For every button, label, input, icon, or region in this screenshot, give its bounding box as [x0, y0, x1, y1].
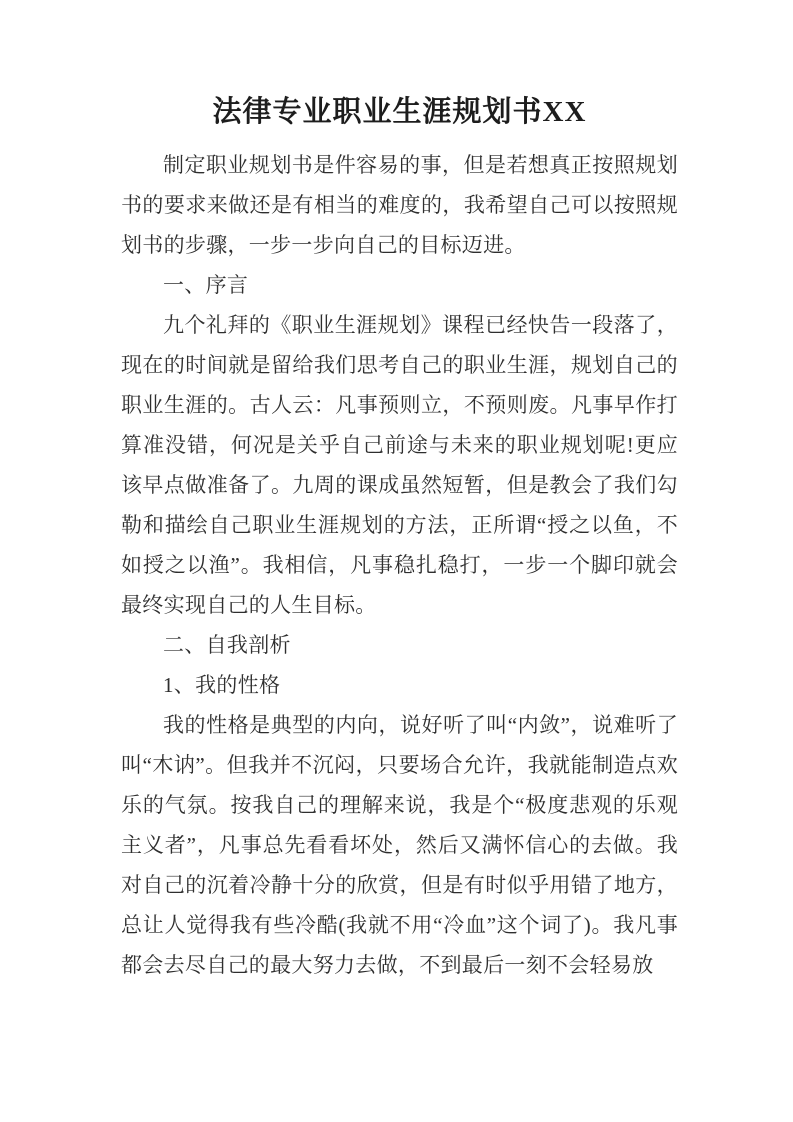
document-title: 法律专业职业生涯规划书XX: [121, 92, 678, 132]
document-page: 法律专业职业生涯规划书XX 制定职业规划书是件容易的事，但是若想真正按照规划书的…: [0, 0, 793, 1122]
numbered-subheading: 1、我的性格: [121, 665, 678, 705]
paragraph: 我的性格是典型的内向，说好听了叫“内敛”，说难听了叫“木讷”。但我并不沉闷，只要…: [121, 705, 678, 985]
section-heading: 二、自我剖析: [121, 625, 678, 665]
paragraph: 九个礼拜的《职业生涯规划》课程已经快告一段落了，现在的时间就是留给我们思考自己的…: [121, 305, 678, 625]
section-heading: 一、序言: [121, 265, 678, 305]
paragraph: 制定职业规划书是件容易的事，但是若想真正按照规划书的要求来做还是有相当的难度的，…: [121, 145, 678, 265]
document-body: 制定职业规划书是件容易的事，但是若想真正按照规划书的要求来做还是有相当的难度的，…: [121, 145, 678, 985]
